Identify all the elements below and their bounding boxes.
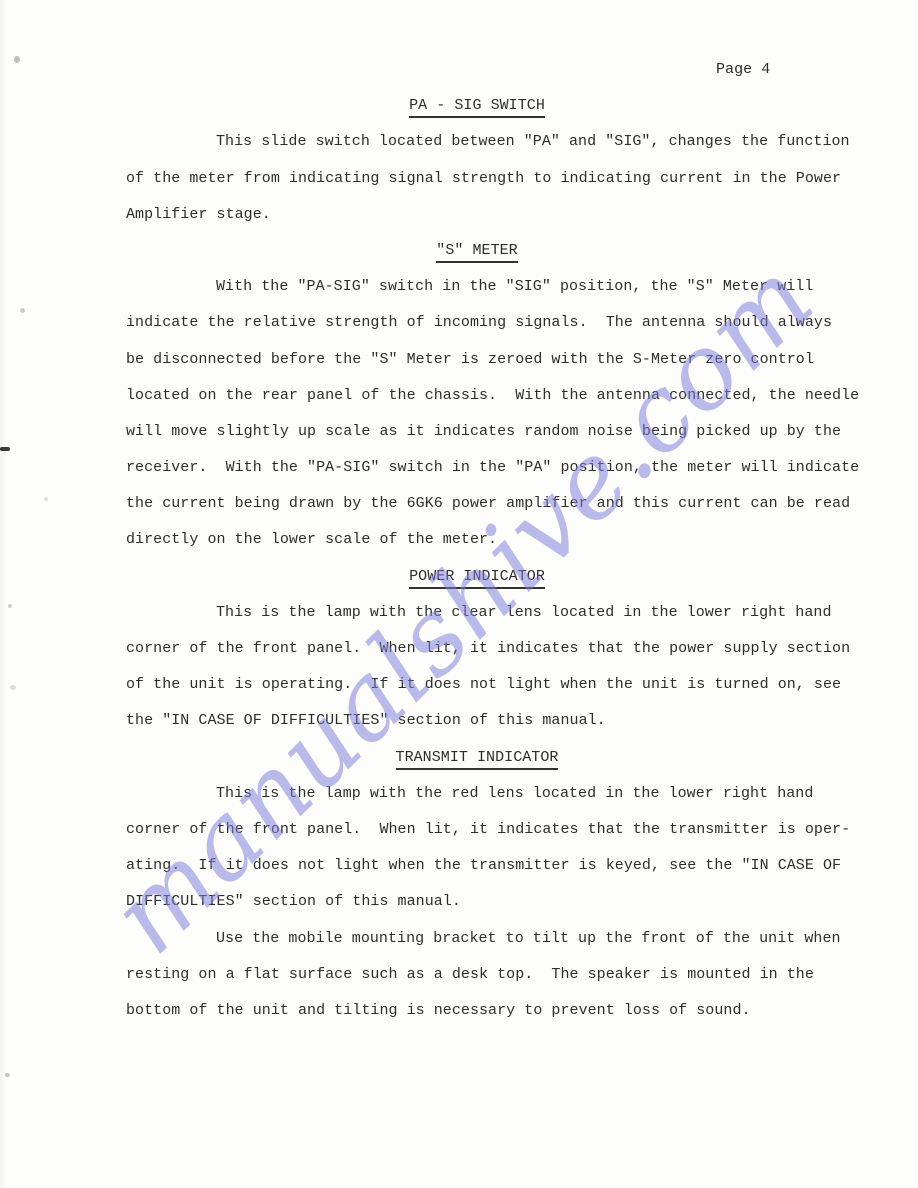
body-line: Amplifier stage.: [126, 197, 866, 233]
body-line: This is the lamp with the clear lens loc…: [126, 595, 866, 631]
body-line: corner of the front panel. When lit, it …: [126, 631, 866, 667]
section-heading: POWER INDICATOR: [126, 559, 866, 595]
section-heading-text: PA - SIG SWITCH: [409, 96, 545, 118]
scan-artifact: [5, 1073, 10, 1077]
scan-artifact: [14, 56, 20, 63]
body-line: will move slightly up scale as it indica…: [126, 414, 866, 450]
scan-artifact: [10, 685, 16, 690]
scan-artifact: [20, 308, 25, 313]
body-line: corner of the front panel. When lit, it …: [126, 812, 866, 848]
body-line: ating. If it does not light when the tra…: [126, 848, 866, 884]
body-line: With the "PA-SIG" switch in the "SIG" po…: [126, 269, 866, 305]
body-line: of the unit is operating. If it does not…: [126, 667, 866, 703]
body-line: the "IN CASE OF DIFFICULTIES" section of…: [126, 703, 866, 739]
scan-artifact: [0, 447, 10, 451]
document-page: manualshive.com Page 4PA - SIG SWITCHThi…: [0, 0, 918, 1188]
body-line: of the meter from indicating signal stre…: [126, 161, 866, 197]
body-line: Use the mobile mounting bracket to tilt …: [126, 921, 866, 957]
scan-artifact: [44, 497, 48, 501]
page-number: Page 4: [126, 52, 866, 88]
section-heading: "S" METER: [126, 233, 866, 269]
body-line: located on the rear panel of the chassis…: [126, 378, 866, 414]
scan-artifact: [8, 604, 12, 608]
body-line: This is the lamp with the red lens locat…: [126, 776, 866, 812]
section-heading-text: POWER INDICATOR: [409, 567, 545, 589]
body-line: the current being drawn by the 6GK6 powe…: [126, 486, 866, 522]
section-heading-text: TRANSMIT INDICATOR: [396, 748, 559, 770]
body-line: be disconnected before the "S" Meter is …: [126, 342, 866, 378]
body-line: This slide switch located between "PA" a…: [126, 124, 866, 160]
body-line: resting on a flat surface such as a desk…: [126, 957, 866, 993]
section-heading-text: "S" METER: [436, 241, 517, 263]
body-line: directly on the lower scale of the meter…: [126, 522, 866, 558]
section-heading: PA - SIG SWITCH: [126, 88, 866, 124]
section-heading: TRANSMIT INDICATOR: [126, 740, 866, 776]
body-line: bottom of the unit and tilting is necess…: [126, 993, 866, 1029]
page-content: Page 4PA - SIG SWITCHThis slide switch l…: [126, 52, 866, 1029]
body-line: receiver. With the "PA-SIG" switch in th…: [126, 450, 866, 486]
body-line: indicate the relative strength of incomi…: [126, 305, 866, 341]
body-line: DIFFICULTIES" section of this manual.: [126, 884, 866, 920]
